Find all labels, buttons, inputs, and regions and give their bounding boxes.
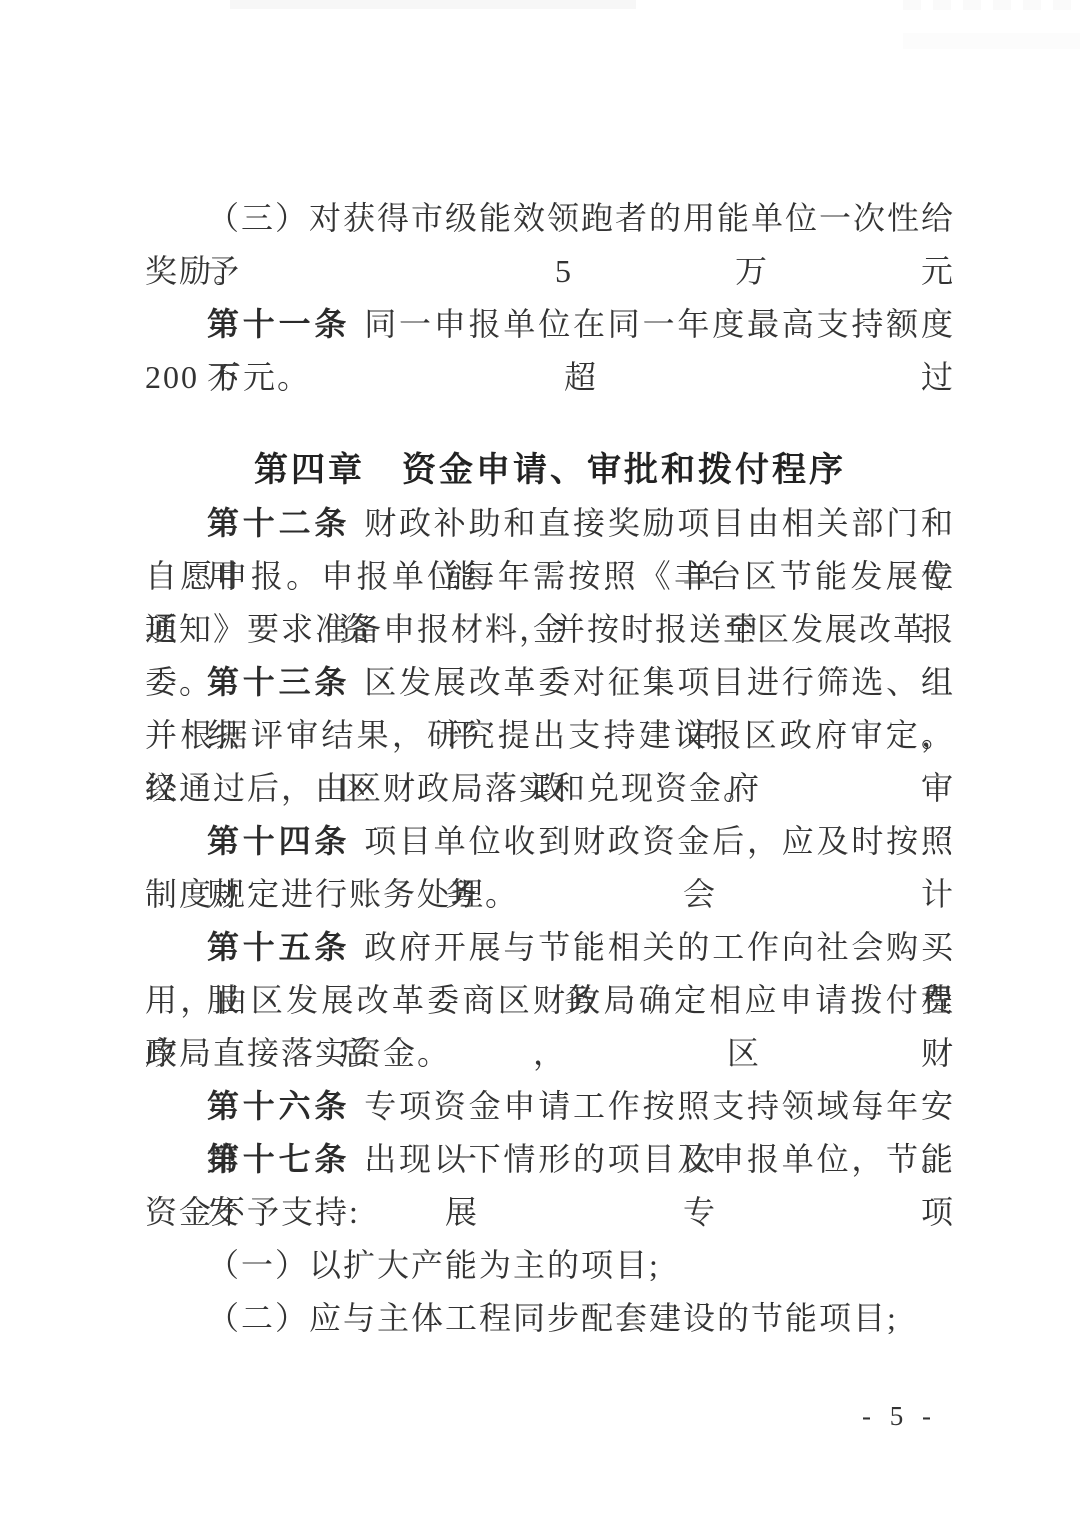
article-16-line-1: 第十六条专项资金申请工作按照支持领域每年安排一次。: [145, 1080, 955, 1133]
scan-artifact-top-strip: [230, 0, 636, 9]
article-12-line-3: 通知》要求准备申报材料，并按时报送至区发展改革委。: [145, 603, 955, 656]
item-2-text: （二）应与主体工程同步配套建设的节能项目;: [207, 1300, 898, 1336]
chapter-heading: 第四章 资金申请、审批和拨付程序: [145, 444, 955, 497]
article-13-text-cont-2: 议通过后，由区财政局落实和兑现资金。: [145, 770, 757, 806]
article-14-label: 第十四条: [207, 823, 350, 859]
article-17-label: 第十七条: [207, 1141, 350, 1177]
scan-artifact-top-right-block: [903, 33, 1080, 49]
item-2-line: （二）应与主体工程同步配套建设的节能项目;: [145, 1292, 955, 1345]
article-15-label: 第十五条: [207, 929, 350, 965]
page-number: - 5 -: [862, 1396, 937, 1436]
article-11-text-cont: 200 万元。: [145, 359, 311, 395]
article-14-text-cont: 制度规定进行账务处理。: [145, 876, 519, 912]
document-body: （三）对获得市级能效领跑者的用能单位一次性给予 5 万元 奖励。 第十一条同一申…: [145, 192, 955, 1345]
scan-artifact-top-right-dots: [903, 0, 1080, 10]
item-1-line: （一）以扩大产能为主的项目;: [145, 1239, 955, 1292]
article-13-line-1: 第十三条区发展改革委对征集项目进行筛选、组织评审，: [145, 656, 955, 709]
article-16-label: 第十六条: [207, 1088, 350, 1124]
article-17-line-1: 第十七条出现以下情形的项目及申报单位，节能发展专项: [145, 1133, 955, 1186]
article-13-line-2: 并根据评审结果，研究提出支持建议报区政府审定。经区政府审: [145, 709, 955, 762]
article-11-line-1: 第十一条同一申报单位在同一年度最高支持额度不超过: [145, 298, 955, 351]
article-13-label: 第十三条: [207, 664, 350, 700]
clause-3-text: （三）对获得市级能效领跑者的用能单位一次性给予 5 万元: [207, 200, 955, 289]
article-12-label: 第十二条: [207, 505, 350, 541]
article-15-line-2: 用，由区发展改革委商区财政局确定相应申请拨付程序后，区财: [145, 974, 955, 1027]
article-17-text-cont: 资金不予支持:: [145, 1194, 360, 1230]
document-page: { "page": { "number": "- 5 -", "backgrou…: [0, 0, 1080, 1526]
article-15-line-1: 第十五条政府开展与节能相关的工作向社会购买服务费: [145, 921, 955, 974]
article-11-label: 第十一条: [207, 306, 350, 342]
article-12-line-2: 自愿申报。申报单位每年需按照《丰台区节能发展专项资金申报: [145, 550, 955, 603]
clause-3-text-cont: 奖励。: [145, 253, 247, 289]
article-15-text-cont-2: 政局直接落实资金。: [145, 1035, 451, 1071]
article-12-line-1: 第十二条财政补助和直接奖励项目由相关部门和用能单位: [145, 497, 955, 550]
article-14-line-1: 第十四条项目单位收到财政资金后，应及时按照财务会计: [145, 815, 955, 868]
clause-3-line-1: （三）对获得市级能效领跑者的用能单位一次性给予 5 万元: [145, 192, 955, 245]
item-1-text: （一）以扩大产能为主的项目;: [207, 1247, 660, 1283]
